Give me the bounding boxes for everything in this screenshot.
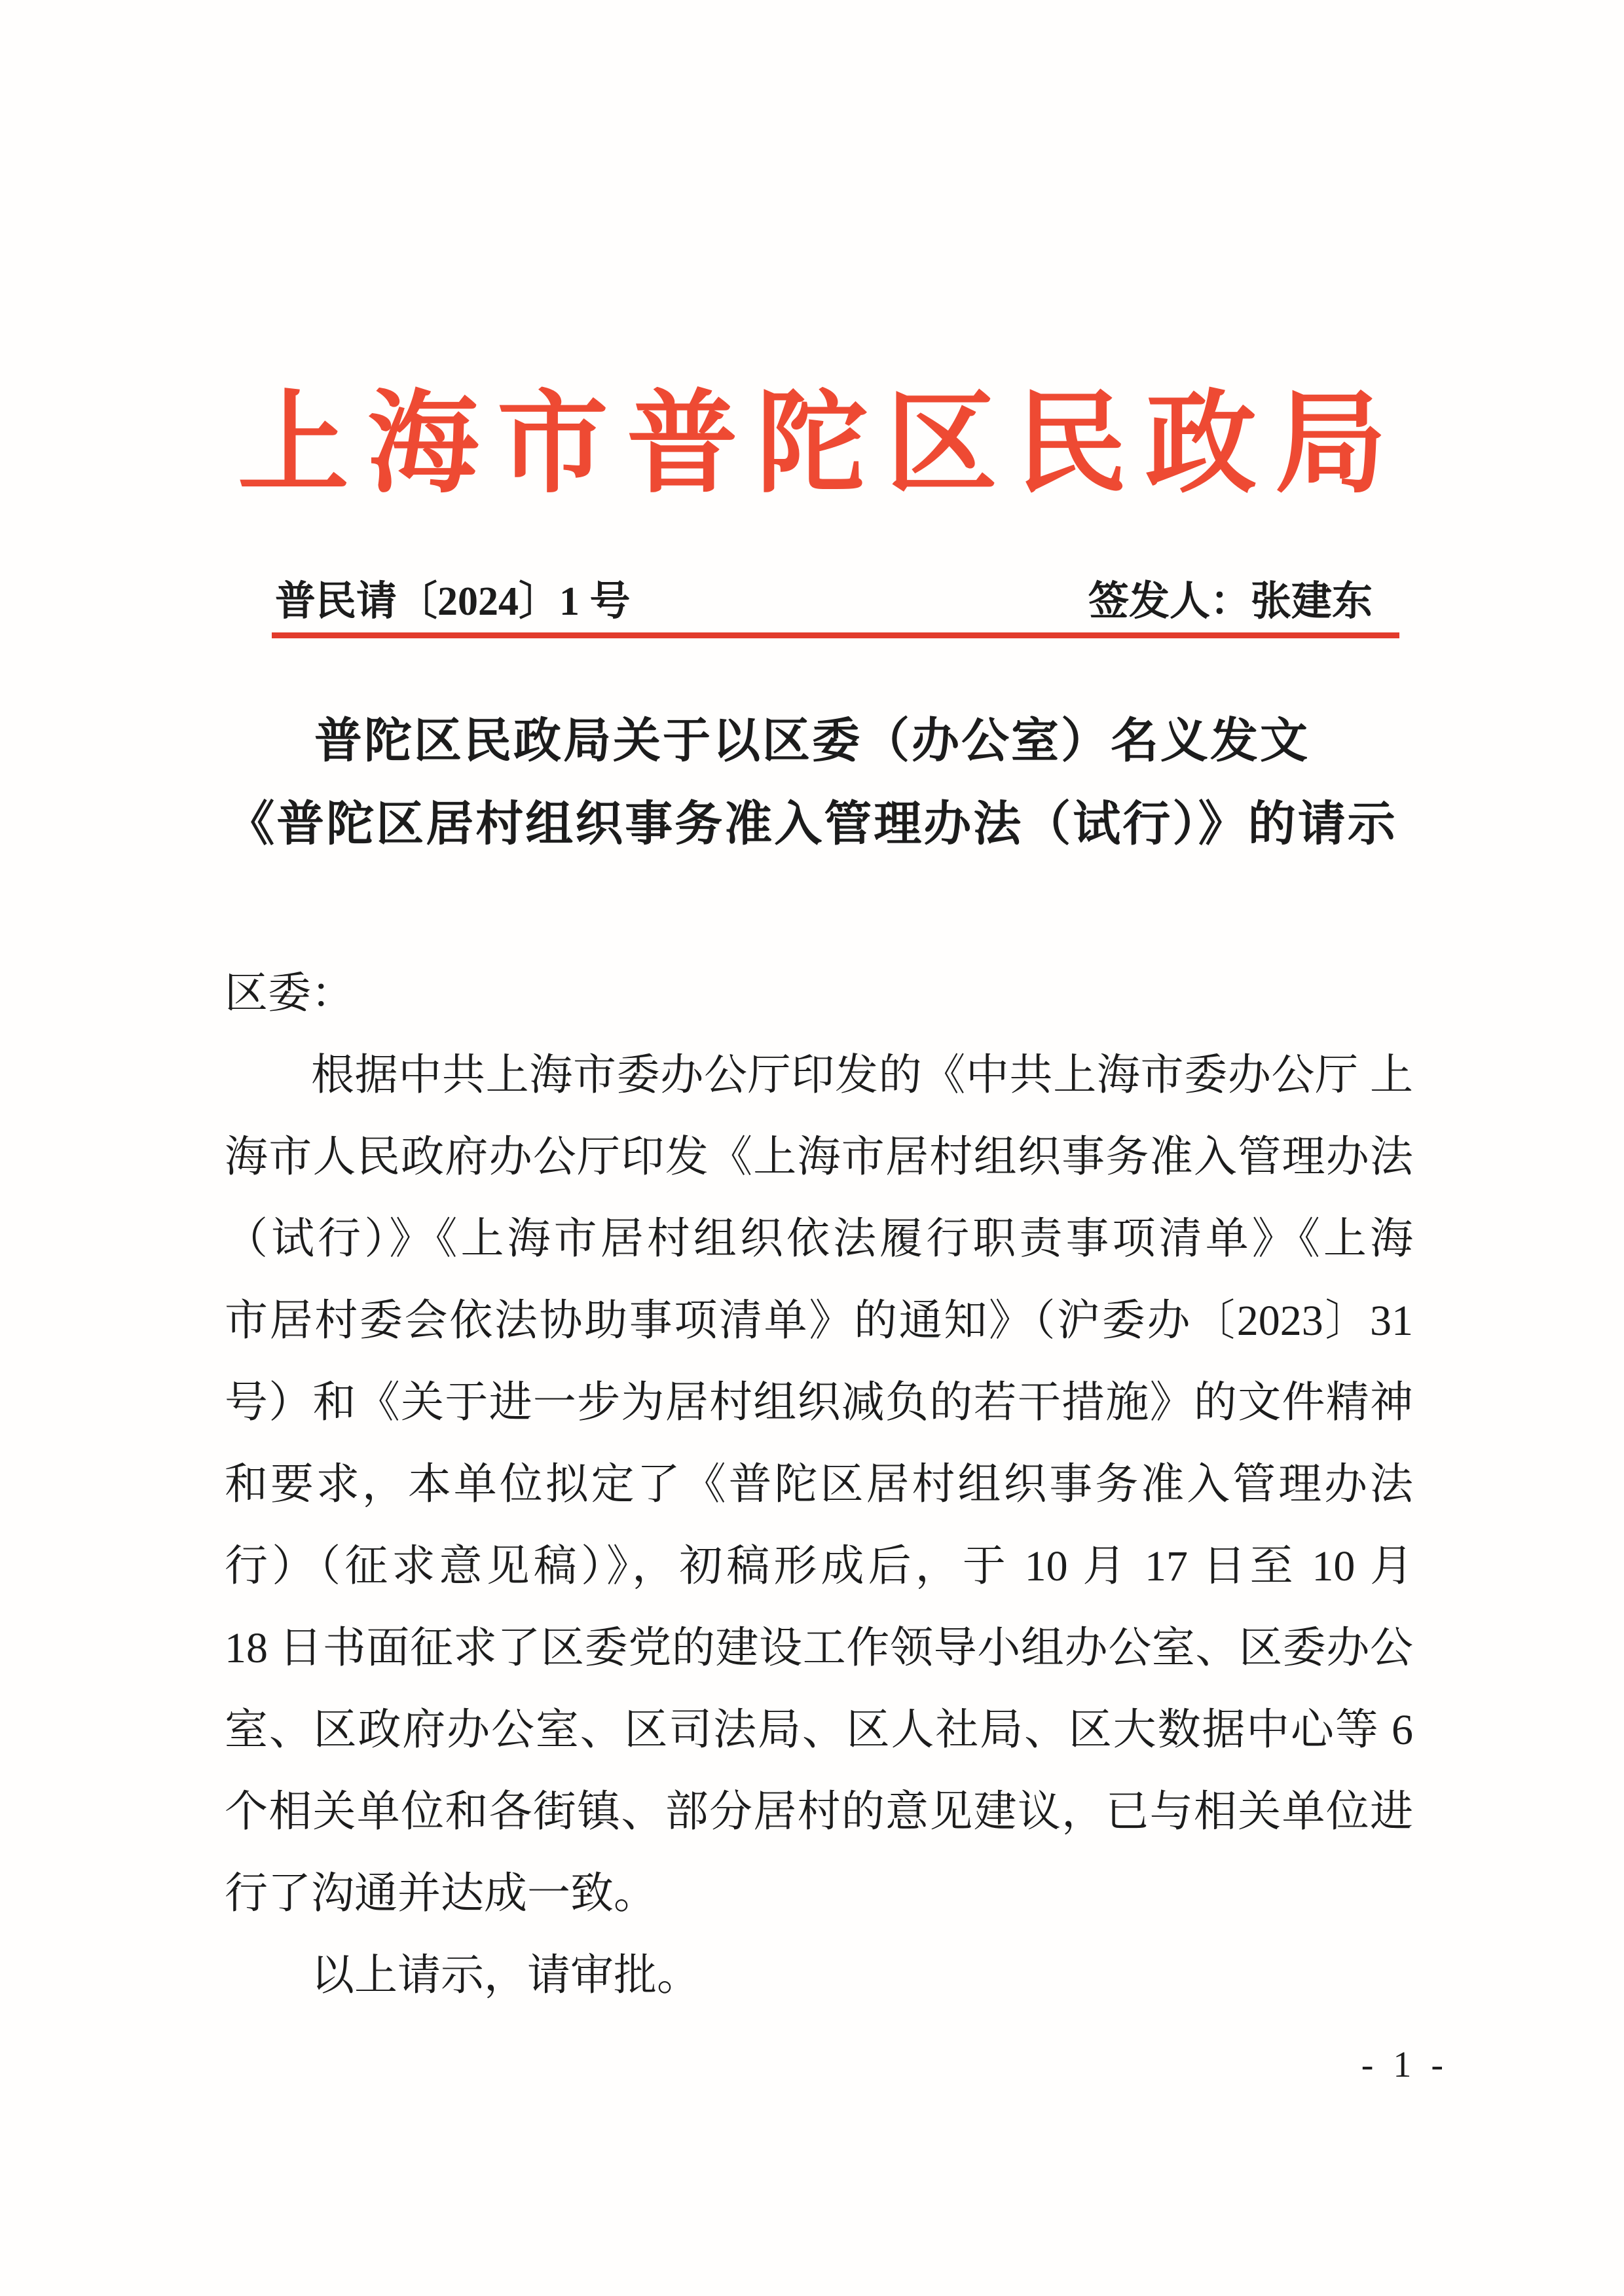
- body-line: （试行）》《上海市居村组织依法履行职责事项清单》《上海: [225, 1198, 1413, 1280]
- body-line: 区委：: [225, 953, 1413, 1034]
- red-rule-divider: [272, 632, 1399, 638]
- body-line: 室、区政府办公室、区司法局、区人社局、区大数据中心等 6: [225, 1689, 1413, 1771]
- body-line: 个相关单位和各街镇、部分居村的意见建议，已与相关单位进: [225, 1771, 1413, 1853]
- body-line: 根据中共上海市委办公厅印发的《中共上海市委办公厅 上: [225, 1034, 1413, 1116]
- agency-masthead: 上海市普陀区民政局: [0, 354, 1624, 514]
- body-line: 行）（征求意见稿）》，初稿形成后，于 10 月 17 日至 10 月: [225, 1525, 1413, 1607]
- document-body: 区委：根据中共上海市委办公厅印发的《中共上海市委办公厅 上海市人民政府办公厅印发…: [225, 953, 1413, 2016]
- body-line: 市居村委会依法协助事项清单》的通知》（沪委办〔2023〕31: [225, 1280, 1413, 1362]
- body-line: 18 日书面征求了区委党的建设工作领导小组办公室、区委办公: [225, 1607, 1413, 1689]
- body-line: 行了沟通并达成一致。: [225, 1853, 1413, 1935]
- document-page: 上海市普陀区民政局 普民请〔2024〕1 号 签发人：张建东 普陀区民政局关于以…: [0, 0, 1624, 2296]
- document-number: 普民请〔2024〕1 号: [275, 568, 631, 627]
- body-line: 海市人民政府办公厅印发《上海市居村组织事务准入管理办法: [225, 1116, 1413, 1198]
- body-line: 号）和《关于进一步为居村组织减负的若干措施》的文件精神: [225, 1362, 1413, 1444]
- signer-name: 签发人：张建东: [1088, 568, 1373, 627]
- document-title-line1: 普陀区民政局关于以区委（办公室）名义发文: [105, 699, 1519, 782]
- body-line: 和要求，本单位拟定了《普陀区居村组织事务准入管理办法（试: [225, 1444, 1413, 1525]
- document-title-line2: 《普陀区居村组织事务准入管理办法（试行）》的请示: [105, 782, 1519, 866]
- body-line: 以上请示，请审批。: [225, 1935, 1413, 2016]
- page-number: - 1 -: [1361, 2044, 1449, 2086]
- document-title: 普陀区民政局关于以区委（办公室）名义发文 《普陀区居村组织事务准入管理办法（试行…: [105, 699, 1519, 866]
- document-meta-row: 普民请〔2024〕1 号 签发人：张建东: [275, 568, 1373, 627]
